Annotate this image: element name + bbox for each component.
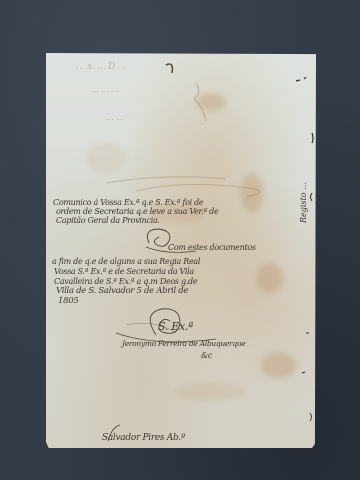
stain <box>256 263 284 293</box>
text-line: Vossa S.ª Ex.ª e de Secretaria da Vila <box>54 267 194 276</box>
manuscript-page: … s. … D … … … … … … Comunico á Vossa Ex… <box>46 53 316 448</box>
closing-etc: &c <box>201 351 212 360</box>
text-line: a fim de q.e de alguns a sua Regia Real <box>52 257 200 266</box>
closing-signer: Jeronymo Ferreira de Albuquerque <box>122 339 246 348</box>
margin-marks <box>286 73 316 453</box>
text-line: Villa de S. Salvador 5 de Abril de <box>56 287 188 296</box>
text-line: Cavalleira de S.ª Ex.ª a q.m Deos g.de <box>54 277 197 286</box>
text-line-lead: Com estes documentos <box>168 243 256 252</box>
closing-salutation: S. Ex.ª <box>158 320 193 333</box>
text-line-date: 1805 <box>58 297 78 306</box>
text-line: Comunico á Vossa Ex.ª q.e S. Ex.ª foi de <box>53 198 203 207</box>
text-line: ordem de Secretaria q.e leve a sua Ver.ª… <box>56 207 218 216</box>
signature-flourish <box>102 423 132 443</box>
stain <box>176 383 246 401</box>
text-line: Capitão Geral da Provincia. <box>56 216 160 225</box>
